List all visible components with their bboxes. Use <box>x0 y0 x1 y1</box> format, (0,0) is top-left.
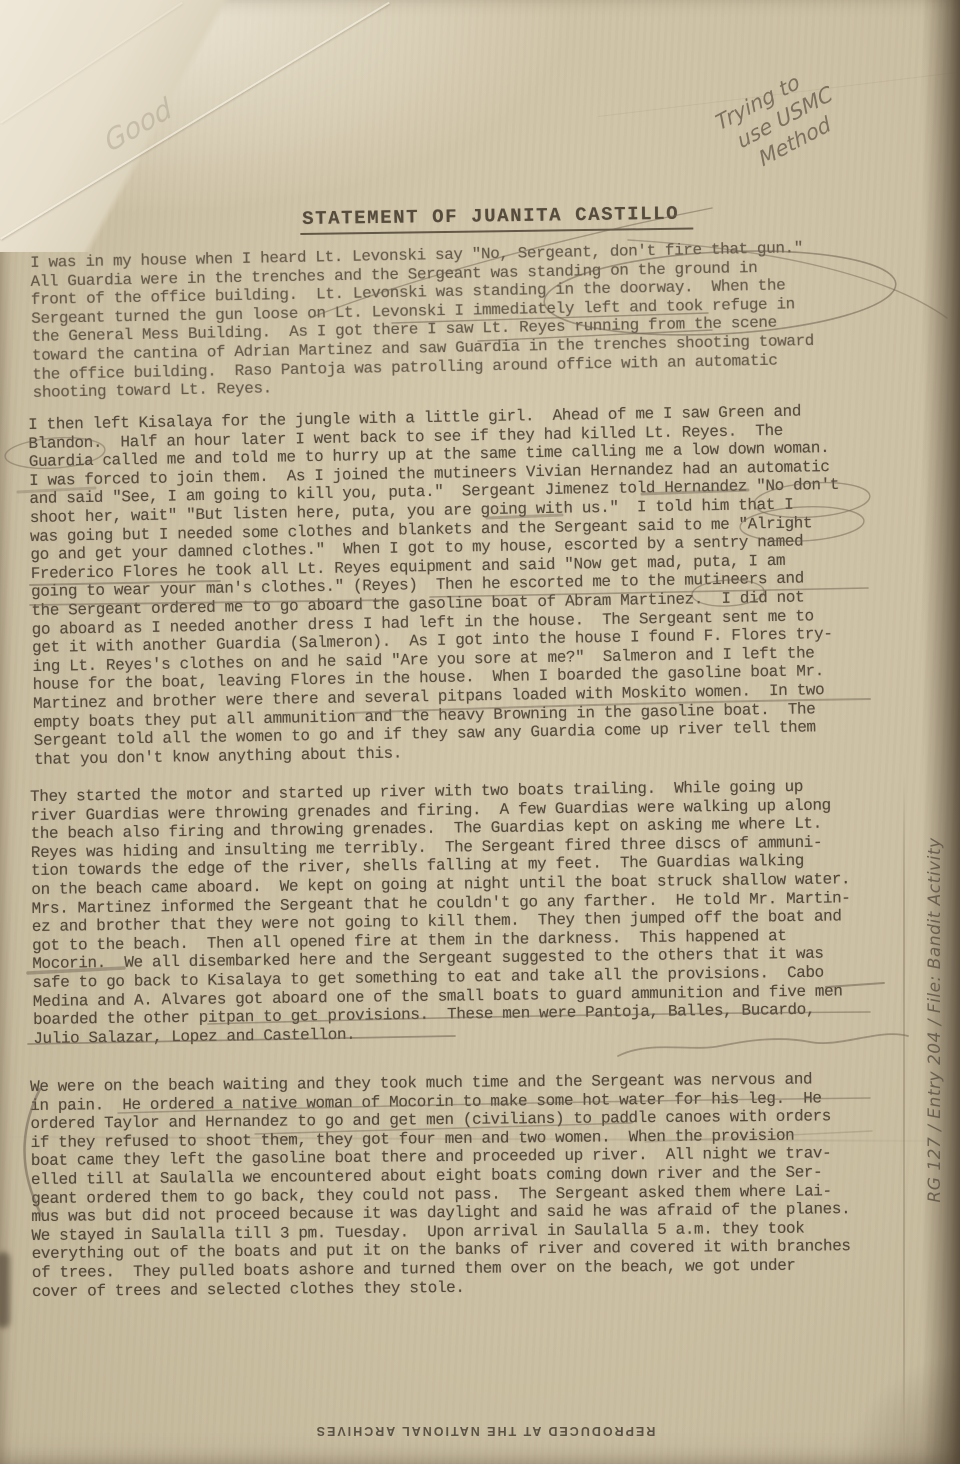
paper-crease-vertical <box>903 770 905 1464</box>
paragraph-2: I then left Kisalaya for the jungle with… <box>28 402 844 769</box>
paragraph-1: I was in my house when I heard Lt. Levon… <box>30 239 815 403</box>
paragraph-3: They started the motor and started up ri… <box>30 777 852 1048</box>
paragraph-4: We were on the beach waiting and they to… <box>30 1070 851 1301</box>
handwritten-note-usmc: Trying to use USMC Method <box>712 56 846 184</box>
scanned-document-page: STATEMENT OF JUANITA CASTILLO I was in m… <box>0 0 960 1464</box>
edge-smudge <box>0 1252 10 1328</box>
margin-archive-reference: RG 127 / Entry 204 / File: Bandit Activi… <box>925 785 945 1255</box>
page-title: STATEMENT OF JUANITA CASTILLO <box>300 203 693 235</box>
archive-stamp: REPRODUCED AT THE NATIONAL ARCHIVES <box>280 1424 690 1438</box>
